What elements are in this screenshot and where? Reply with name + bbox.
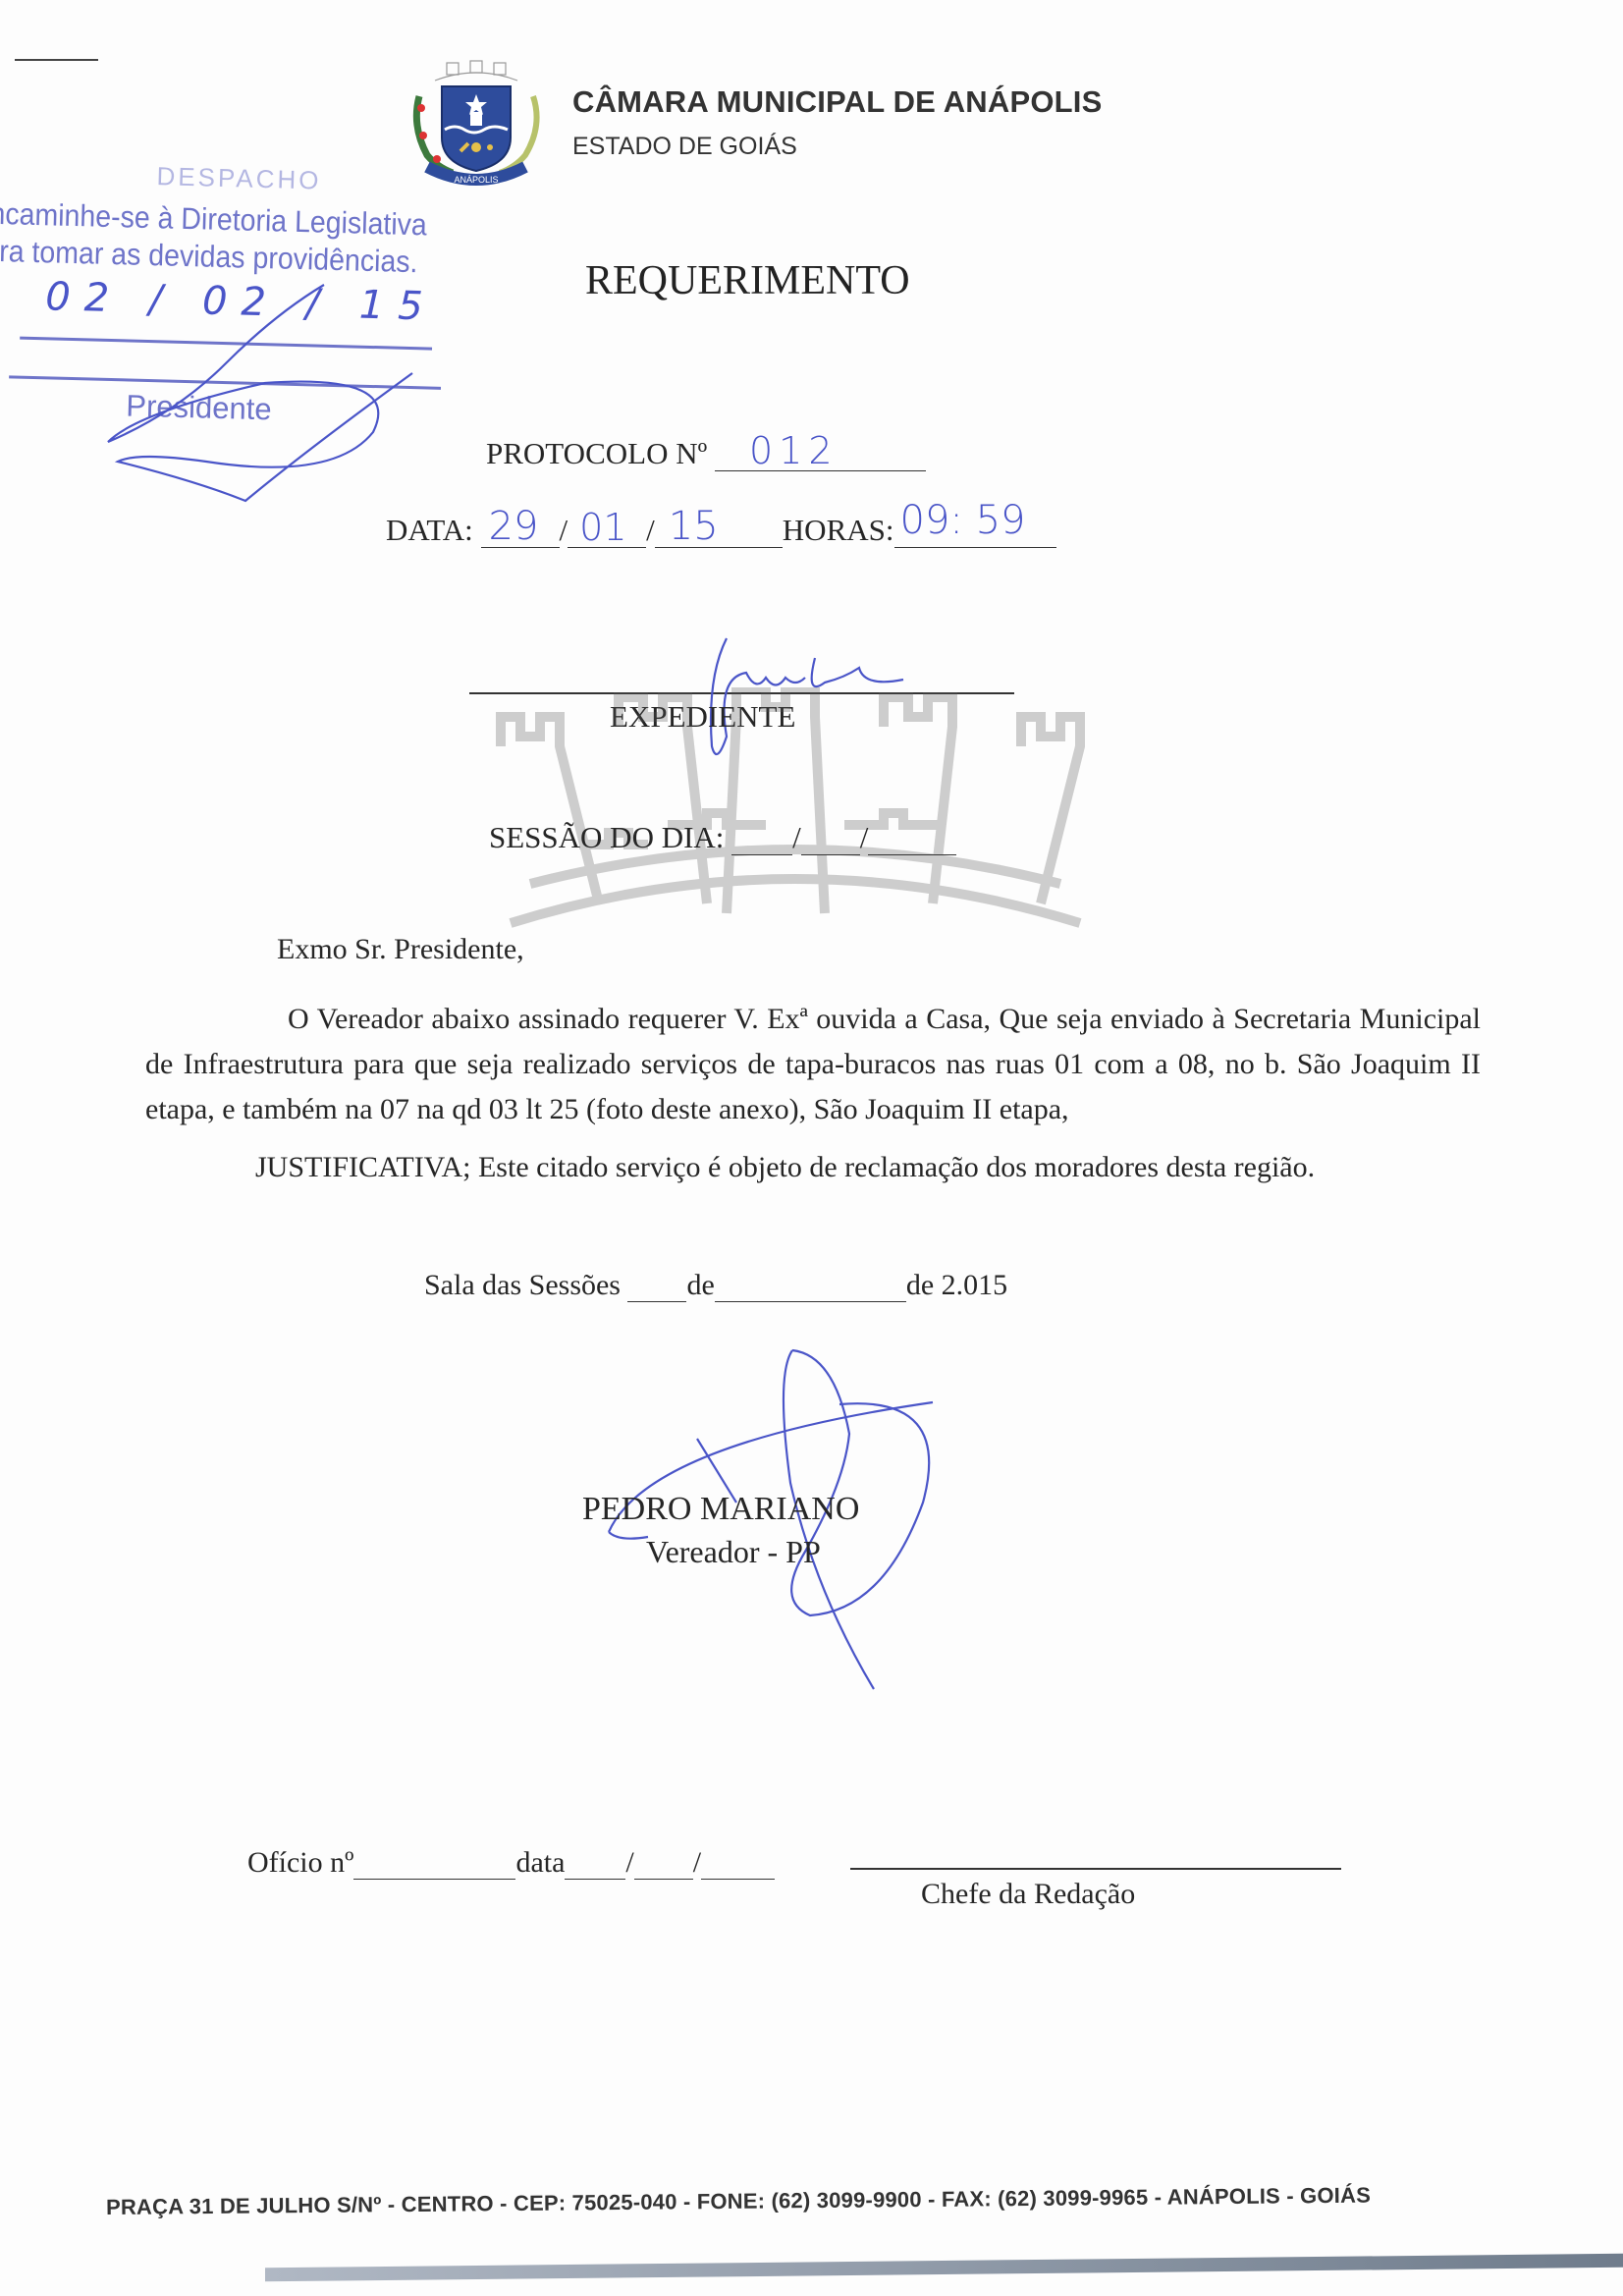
- stamp-title: DESPACHO: [156, 161, 322, 195]
- data-horas-row: DATA: 29 / 01 / 15 HORAS: 09: 59: [386, 513, 1056, 548]
- horas-value: 09: 59: [900, 498, 1026, 543]
- chefe-signature-line[interactable]: [850, 1868, 1341, 1870]
- oficio-month-field[interactable]: [634, 1851, 693, 1880]
- sessao-year-field[interactable]: [868, 827, 956, 855]
- chefe-label: Chefe da Redação: [921, 1878, 1135, 1911]
- scan-mark: [15, 59, 98, 61]
- castle-watermark: [471, 687, 1119, 943]
- horas-label: HORAS:: [783, 513, 894, 547]
- protocolo-row: PROTOCOLO Nº 012: [486, 436, 926, 471]
- protocolo-field[interactable]: 012: [715, 441, 926, 471]
- data-day-value: 29: [489, 504, 539, 549]
- oficio-year-field[interactable]: [701, 1851, 775, 1880]
- signer-role: Vereador - PP: [646, 1534, 821, 1570]
- sala-sessoes-row: Sala das Sessões dede 2.015: [424, 1269, 1007, 1302]
- data-day-field[interactable]: 29: [481, 518, 560, 548]
- justificativa: JUSTIFICATIVA; Este citado serviço é obj…: [255, 1151, 1315, 1184]
- data-month-field[interactable]: 01: [568, 518, 646, 548]
- sessao-row: SESSÃO DO DIA: //: [489, 820, 956, 855]
- document-title: REQUERIMENTO: [585, 257, 910, 304]
- sala-prefix: Sala das Sessões: [424, 1269, 621, 1301]
- sala-month-field[interactable]: [715, 1274, 906, 1302]
- data-label: DATA:: [386, 513, 473, 547]
- sessao-month-field[interactable]: [801, 827, 860, 855]
- data-year-field[interactable]: 15: [655, 518, 783, 548]
- institution-name: CÂMARA MUNICIPAL DE ANÁPOLIS: [572, 84, 1103, 120]
- footer-bar: [265, 2254, 1623, 2281]
- data-month-value: 01: [579, 506, 626, 549]
- protocolo-value: 012: [749, 429, 839, 472]
- protocolo-label: PROTOCOLO Nº: [486, 436, 707, 470]
- oficio-day-field[interactable]: [565, 1851, 625, 1880]
- state-name: ESTADO DE GOIÁS: [572, 133, 797, 161]
- request-body: O Vereador abaixo assinado requerer V. E…: [145, 997, 1481, 1132]
- signer-name: PEDRO MARIANO: [582, 1491, 859, 1528]
- oficio-number-field[interactable]: [353, 1851, 515, 1880]
- data-year-value: 15: [669, 504, 719, 549]
- oficio-row: Ofício nºdata//: [247, 1846, 775, 1880]
- sala-de: de: [686, 1269, 714, 1301]
- sala-day-field[interactable]: [627, 1274, 686, 1302]
- sala-year: de 2.015: [906, 1269, 1007, 1301]
- footer-address: PRAÇA 31 DE JULHO S/Nº - CENTRO - CEP: 7…: [106, 2183, 1371, 2220]
- sessao-label: SESSÃO DO DIA:: [489, 820, 724, 854]
- salutation: Exmo Sr. Presidente,: [277, 933, 524, 966]
- sessao-day-field[interactable]: [731, 827, 792, 855]
- sessao-sep: /: [860, 820, 869, 854]
- oficio-label: Ofício nº: [247, 1846, 353, 1879]
- horas-field[interactable]: 09: 59: [894, 518, 1056, 548]
- president-signature: [79, 255, 452, 520]
- oficio-data-label: data: [515, 1846, 565, 1879]
- sessao-sep: /: [792, 820, 801, 854]
